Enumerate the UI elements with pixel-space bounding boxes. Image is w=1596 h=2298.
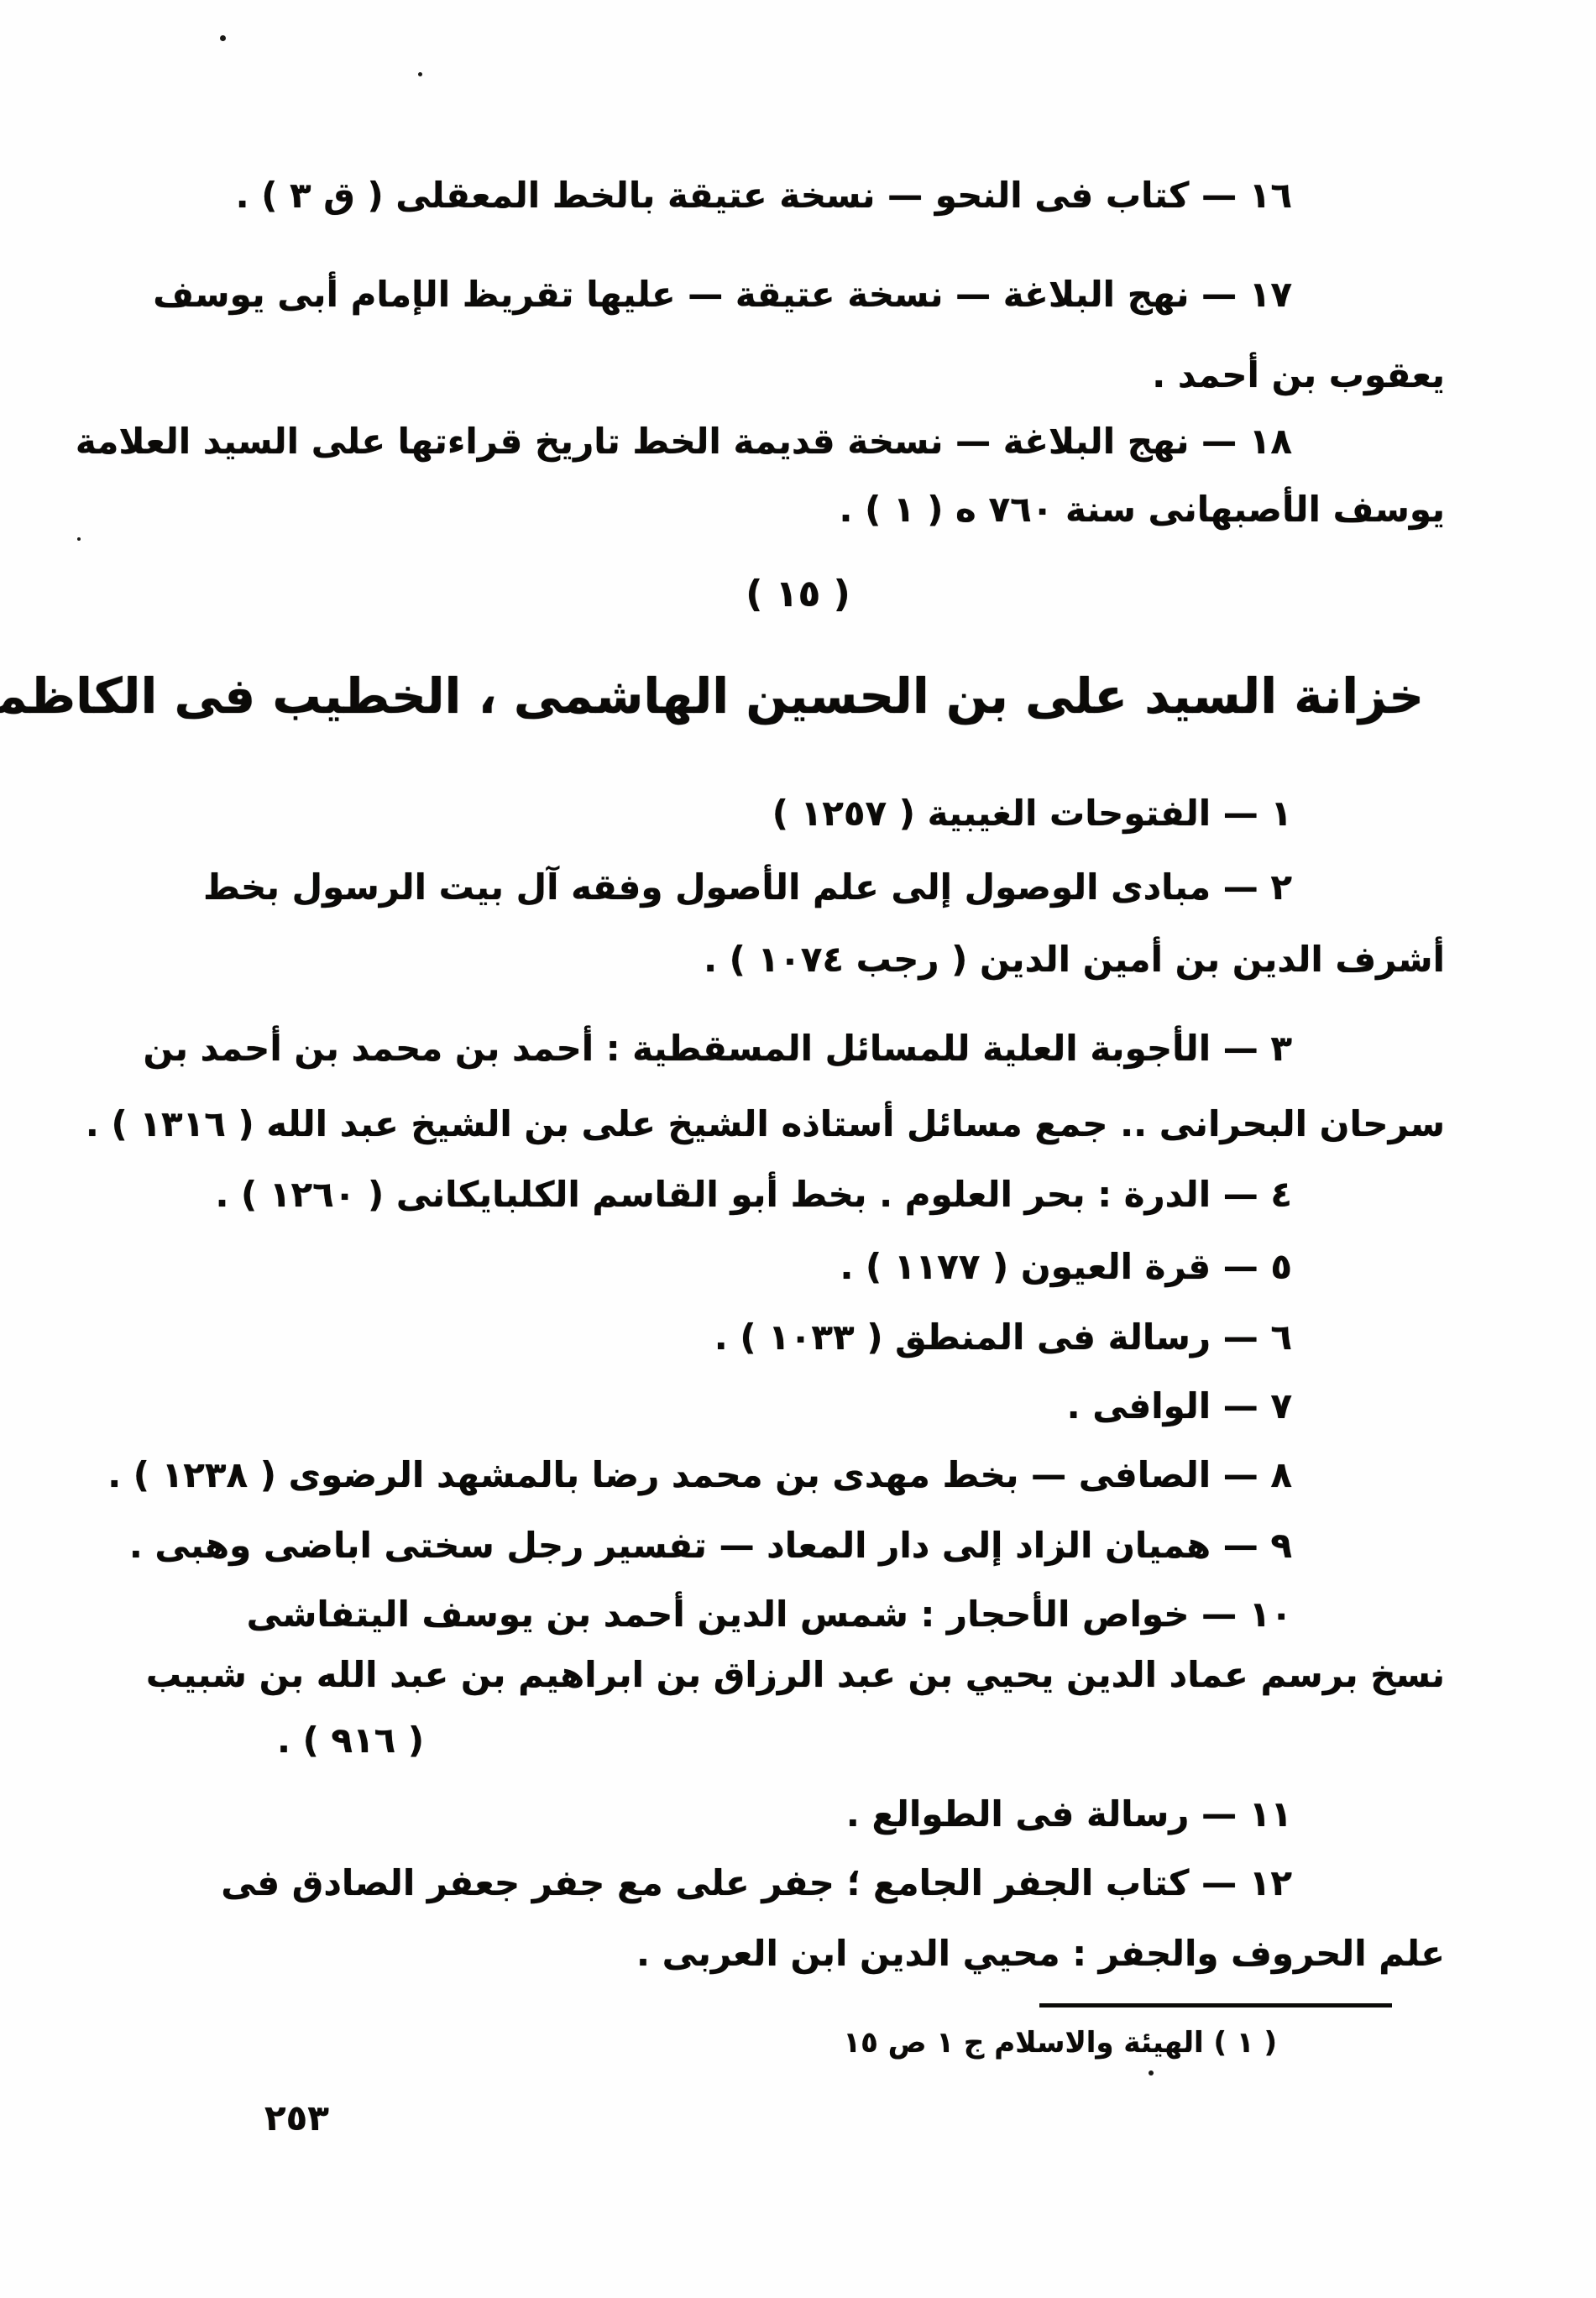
- footnote-text: ( ١ ) الهيئة والاسلام ج ١ ص ١٥: [843, 2028, 1277, 2057]
- book-page-scan: ١٦ — كتاب فى النحو — نسخة عتيقة بالخط ال…: [0, 0, 1596, 2298]
- entry-16-line-1: ١٦ — كتاب فى النحو — نسخة عتيقة بالخط ال…: [236, 178, 1292, 213]
- entry-18-line-1: ١٨ — نهج البلاغة — نسخة قديمة الخط تاريخ…: [76, 424, 1292, 459]
- section-number: ( ١٥ ): [0, 576, 1596, 613]
- scan-speck: [77, 537, 81, 541]
- chapter-title: خزانة السيد على بن الحسين الهاشمى ، الخط…: [0, 672, 1424, 720]
- entry-11-line-1: ١١ — رسالة فى الطوالع .: [846, 1797, 1292, 1832]
- entry-6-line-1: ٦ — رسالة فى المنطق ( ١٠٣٣ ) .: [714, 1320, 1292, 1355]
- scan-speck: [220, 35, 226, 41]
- entry-9-line-1: ٩ — هميان الزاد إلى دار المعاد — تفسير ر…: [129, 1528, 1292, 1563]
- entry-18-line-2: يوسف الأصبهانى سنة ٧٦٠ ه ( ١ ) .: [840, 492, 1445, 527]
- entry-12-line-1: ١٢ — كتاب الجفر الجامع ؛ جفر على مع جفر …: [221, 1866, 1292, 1901]
- entry-2-line-1: ٢ — مبادى الوصول إلى علم الأصول وفقه آل …: [203, 870, 1292, 905]
- footnote-divider: [1039, 2003, 1392, 2007]
- entry-8-line-1: ٨ — الصافى — بخط مهدى بن محمد رضا بالمشه…: [107, 1458, 1292, 1493]
- entry-7-line-1: ٧ — الوافى .: [1067, 1389, 1292, 1424]
- entry-1-line-1: ١ — الفتوحات الغيبية ( ١٢٥٧ ): [772, 796, 1292, 831]
- entry-2-line-2: أشرف الدين بن أمين الدين ( رجب ١٠٧٤ ) .: [704, 942, 1445, 977]
- scan-speck: [418, 72, 422, 76]
- entry-5-line-1: ٥ — قرة العيون ( ١١٧٧ ) .: [840, 1249, 1292, 1285]
- scan-speck: [1149, 2070, 1154, 2076]
- entry-10-line-2: نسخ برسم عماد الدين يحيي بن عبد الرزاق ب…: [146, 1657, 1445, 1693]
- entry-4-line-1: ٤ — الدرة : بحر العلوم . بخط أبو القاسم …: [215, 1177, 1292, 1212]
- page-number: ٢٥٣: [264, 2097, 329, 2138]
- entry-10-line-3: ( ٩١٦ ) .: [277, 1723, 424, 1758]
- entry-10-line-1: ١٠ — خواص الأحجار : شمس الدين أحمد بن يو…: [247, 1597, 1292, 1632]
- entry-17-line-2: يعقوب بن أحمد .: [1152, 358, 1445, 393]
- entry-3-line-1: ٣ — الأجوبة العلية للمسائل المسقطية : أح…: [143, 1031, 1292, 1066]
- entry-3-line-2: سرحان البحرانى .. جمع مسائل أستاذه الشيخ…: [86, 1107, 1445, 1142]
- entry-12-line-2: علم الحروف والجفر : محيي الدين ابن العرب…: [636, 1936, 1445, 1971]
- entry-17-line-1: ١٧ — نهج البلاغة — نسخة عتيقة — عليها تق…: [153, 277, 1292, 312]
